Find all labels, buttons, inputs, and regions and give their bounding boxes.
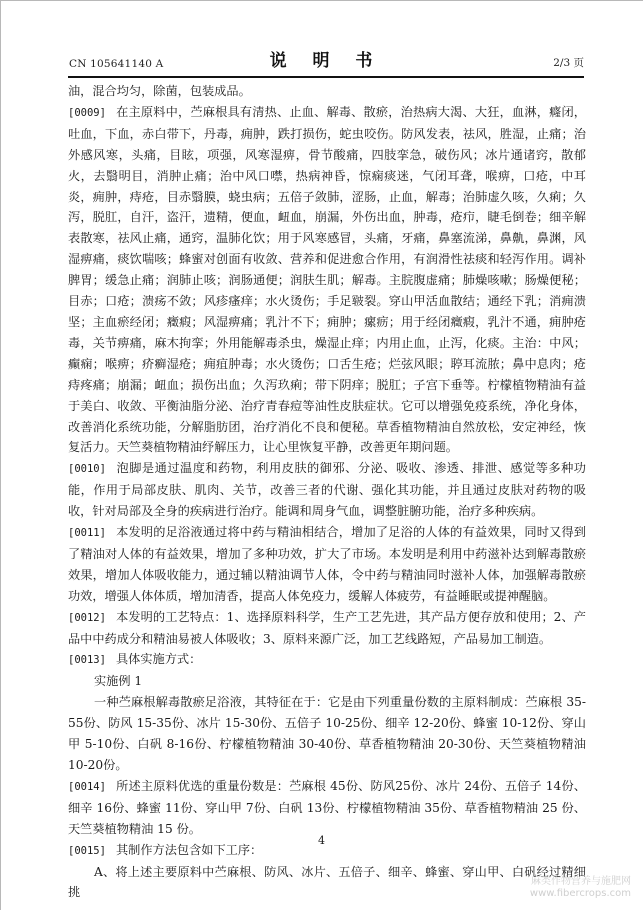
paragraph-0012: [0012]本发明的工艺特点：1、选择原料科学，生产工艺先进，其产品方便存放和使… [68, 607, 586, 650]
paragraph-text: 所述主原料优选的重量份数是：苎麻根 45份、防风25份、冰片 24份、五倍子 1… [68, 779, 586, 836]
page-count: 2/3 页 [553, 55, 584, 70]
watermark: 麻类作物营养与施肥网 www.fibercrops.com [530, 876, 631, 900]
continuation-text: 油，混合均匀，除菌，包装成品。 [68, 81, 586, 102]
document-body: 油，混合均匀，除菌，包装成品。 [0009]在主原料中，苎麻根具有清热、止血、解… [68, 81, 586, 903]
paragraph-number: [0012] [68, 608, 116, 629]
example-heading: 实施例 1 [68, 671, 586, 692]
paragraph-text: 本发明的足浴液通过将中药与精油相结合，增加了足浴的人体的有益效果，同时又得到了精… [68, 525, 586, 603]
paragraph-number: [0009] [68, 103, 116, 124]
paragraph-0010: [0010]泡脚是通过温度和药物，利用皮肤的御邪、分泌、吸收、渗透、排泄、感觉等… [68, 458, 586, 522]
paragraph-0013: [0013]具体实施方式： [68, 649, 586, 671]
paragraph-0011: [0011]本发明的足浴液通过将中药与精油相结合，增加了足浴的人体的有益效果，同… [68, 522, 586, 607]
paragraph-number: [0013] [68, 650, 116, 671]
document-title: 说 明 书 [68, 46, 584, 71]
paragraph-text: 本发明的工艺特点：1、选择原料科学，生产工艺先进，其产品方便存放和使用；2、产品… [68, 610, 586, 646]
paragraph-0009: [0009]在主原料中，苎麻根具有清热、止血、解毒、散瘀，治热病大渴、大狂，血淋… [68, 102, 586, 458]
watermark-url: www.fibercrops.com [530, 888, 631, 900]
paragraph-number: [0011] [68, 523, 116, 544]
paragraph-text: 具体实施方式： [116, 652, 201, 666]
paragraph-text: 泡脚是通过温度和药物，利用皮肤的御邪、分泌、吸收、渗透、排泄、感觉等多种功能，作… [68, 461, 586, 518]
page-number: 4 [0, 834, 643, 847]
paragraph-number: [0014] [68, 777, 116, 798]
paragraph-number: [0010] [68, 459, 116, 480]
step-a-text: A、将上述主要原料中苎麻根、防风、冰片、五倍子、细辛、蜂蜜、穿山甲、白矾经过精细… [68, 862, 586, 904]
example-text: 一种苎麻根解毒散瘀足浴液，其特征在于：它是由下列重量份数的主原料制成：苎麻根 3… [68, 692, 586, 776]
watermark-site-name: 麻类作物营养与施肥网 [530, 876, 631, 888]
document-header: CN 105641140 A 说 明 书 2/3 页 [68, 40, 584, 78]
paragraph-text: 在主原料中，苎麻根具有清热、止血、解毒、散瘀，治热病大渴、大狂，血淋，癃闭，吐血… [68, 105, 586, 455]
paragraph-0014: [0014]所述主原料优选的重量份数是：苎麻根 45份、防风25份、冰片 24份… [68, 776, 586, 840]
